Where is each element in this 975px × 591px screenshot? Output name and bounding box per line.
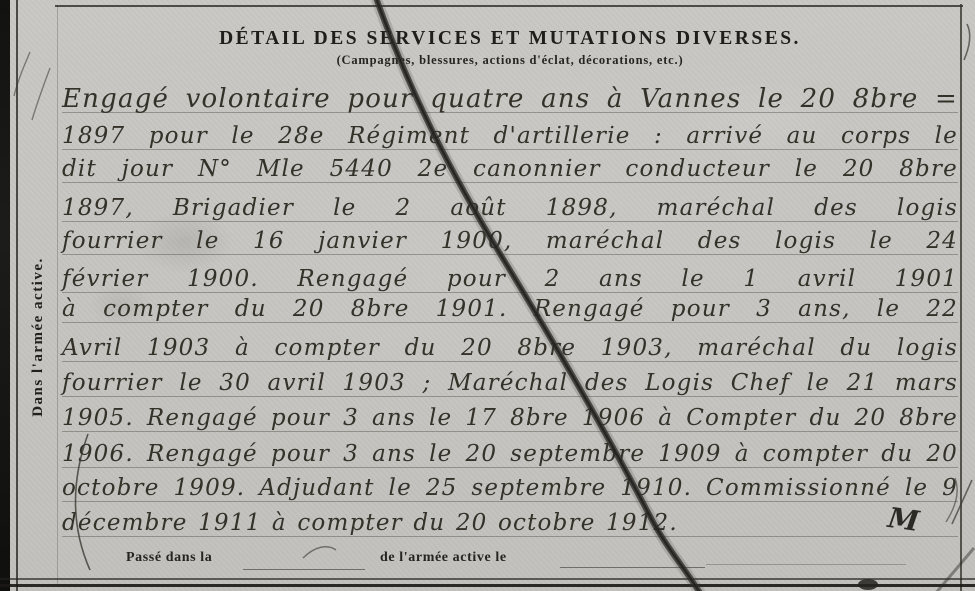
handwritten-line-3: dit jour N° Mle 5440 2e canonnier conduc… <box>62 145 958 183</box>
handwritten-text: fourrier le 16 janvier 1900, maréchal de… <box>62 228 958 254</box>
section-subtitle: (Campagnes, blessures, actions d'éclat, … <box>60 53 960 68</box>
handwritten-text: décembre 1911 à compter du 20 octobre 19… <box>62 510 958 536</box>
handwritten-text: à compter du 20 8bre 1901. Rengagé pour … <box>62 296 958 322</box>
top-border-rule <box>55 5 963 7</box>
margin-separator-rule <box>57 5 58 585</box>
right-strip-flourish-top <box>964 24 970 60</box>
handwritten-line-11: 1906. Rengagé pour 3 ans le 20 septembre… <box>62 430 958 468</box>
section-title: DÉTAIL DES SERVICES ET MUTATIONS DIVERSE… <box>60 28 960 50</box>
officer-paraph-initial: M <box>886 501 921 538</box>
handwritten-line-13: décembre 1911 à compter du 20 octobre 19… <box>62 499 958 537</box>
page-edge-line <box>16 0 18 591</box>
handwritten-line-10: 1905. Rengagé pour 3 ans le 17 8bre 1906… <box>62 394 958 432</box>
handwritten-line-7: à compter du 20 8bre 1901. Rengagé pour … <box>62 285 958 323</box>
margin-flourish-2 <box>32 68 50 120</box>
ink-blot <box>858 579 878 590</box>
footer-blank-line-2 <box>560 567 705 568</box>
bottom-border-rule-upper <box>0 578 975 580</box>
footer-blank-line-2-extension <box>706 564 906 565</box>
handwritten-line-12: octobre 1909. Adjudant le 25 septembre 1… <box>62 464 958 502</box>
handwritten-line-9: fourrier le 30 avril 1903 ; Maréchal des… <box>62 359 958 397</box>
handwritten-text: Avril 1903 à compter du 20 8bre 1903, ma… <box>62 335 958 361</box>
handwritten-text: fourrier le 30 avril 1903 ; Maréchal des… <box>62 370 958 396</box>
bottom-border-rule-lower <box>0 584 975 587</box>
footer-flourish <box>303 547 336 558</box>
scanned-military-record-page: Dans l'armée active. DÉTAIL DES SERVICES… <box>0 0 975 591</box>
footer-label-passe-dans-la: Passé dans la <box>126 550 212 566</box>
margin-label-armee-active: Dans l'armée active. <box>30 227 50 447</box>
handwritten-text: dit jour N° Mle 5440 2e canonnier conduc… <box>62 156 958 182</box>
handwritten-text: 1905. Rengagé pour 3 ans le 17 8bre 1906… <box>62 405 958 431</box>
handwritten-text: Engagé volontaire pour quatre ans à Vann… <box>62 86 958 112</box>
scan-edge-bar <box>0 0 10 591</box>
handwritten-line-8: Avril 1903 à compter du 20 8bre 1903, ma… <box>62 324 958 362</box>
handwritten-line-1: Engagé volontaire pour quatre ans à Vann… <box>62 75 958 113</box>
handwritten-line-5: fourrier le 16 janvier 1900, maréchal de… <box>62 217 958 255</box>
footer-label-armee-active-le: de l'armée active le <box>380 550 507 566</box>
right-border-rule <box>960 4 962 591</box>
footer-blank-line-1 <box>243 569 365 570</box>
handwritten-text: octobre 1909. Adjudant le 25 septembre 1… <box>62 475 958 501</box>
